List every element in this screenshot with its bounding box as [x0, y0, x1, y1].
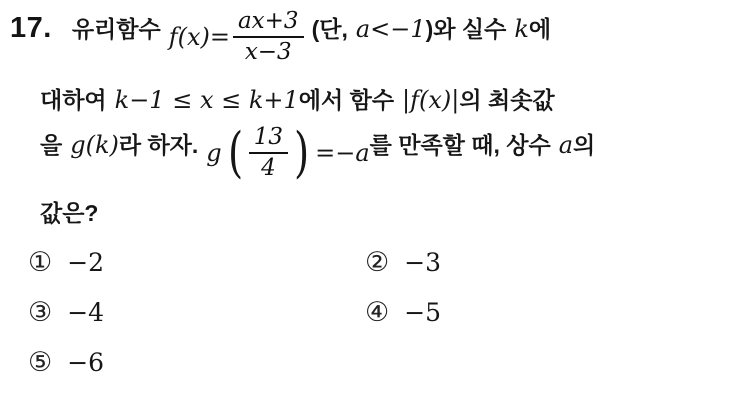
math-expression: k: [514, 15, 529, 43]
choice-4: ④ −5: [365, 299, 732, 326]
math-expression: f(x)=: [169, 23, 230, 51]
circled-number-icon: ②: [365, 249, 389, 276]
choice-value: −6: [67, 350, 104, 375]
korean-text: (단,: [312, 16, 348, 42]
statement-line-4: 값은?: [40, 195, 732, 228]
fraction: 134: [249, 124, 288, 182]
math-expression: |f(x)|: [402, 86, 459, 114]
empty-cell: [365, 349, 732, 376]
exam-problem-page: 17.유리함수 f(x)= ax+3x−3 (단,a<−1)와 실수k에 대하여…: [0, 0, 738, 399]
korean-text: 을: [40, 132, 62, 158]
korean-text: 를 만족할 때, 상수: [370, 132, 551, 158]
circled-number-icon: ③: [28, 299, 52, 326]
choice-value: −2: [67, 250, 104, 275]
choice-2: ② −3: [365, 249, 732, 276]
korean-text: 값은?: [40, 200, 99, 226]
math-expression: a<−1: [356, 15, 426, 43]
statement-line-1: 17.유리함수 f(x)= ax+3x−3 (단,a<−1)와 실수k에: [10, 8, 732, 66]
korean-text: 라 하자.: [119, 132, 198, 158]
math-expression: g: [206, 139, 221, 167]
math-expression: a: [559, 131, 573, 159]
close-paren: ): [294, 126, 309, 180]
korean-text: 대하여: [40, 87, 107, 113]
statement-line-3: 을g(k)라 하자. g( 134 )=−a 를 만족할 때, 상수a의: [40, 124, 732, 182]
fraction-denominator: x−3: [233, 38, 304, 66]
circled-number-icon: ⑤: [28, 349, 52, 376]
korean-text: 에서 함수: [299, 87, 394, 113]
korean-text: 의: [573, 132, 595, 158]
circled-number-icon: ④: [365, 299, 389, 326]
korean-text: 의 최솟값: [459, 87, 554, 113]
fraction-numerator: ax+3: [233, 8, 304, 38]
question-number: 17.: [10, 12, 52, 44]
g-of-thirteen-fourths: g( 134 )=−a: [206, 124, 369, 182]
choice-value: −3: [404, 250, 441, 275]
choice-3: ③ −4: [28, 299, 365, 326]
statement-line-2: 대하여k−1 ≤ x ≤ k+1에서 함수|f(x)|의 최솟값: [40, 82, 732, 115]
math-expression: g(k): [70, 131, 119, 159]
fraction: ax+3x−3: [233, 8, 304, 66]
korean-text: )와 실수: [426, 16, 507, 42]
fraction-denominator: 4: [249, 154, 288, 182]
choice-value: −4: [67, 300, 104, 325]
choice-value: −5: [404, 300, 441, 325]
korean-text: 유리함수: [72, 16, 161, 42]
fraction-numerator: 13: [249, 124, 288, 154]
choice-5: ⑤ −6: [28, 349, 365, 376]
math-expression: k−1 ≤ x ≤ k+1: [115, 86, 299, 114]
function-definition: f(x)= ax+3x−3: [169, 8, 304, 66]
circled-number-icon: ①: [28, 249, 52, 276]
open-paren: (: [228, 126, 243, 180]
math-expression: =−a: [315, 139, 370, 167]
choice-1: ① −2: [28, 249, 365, 276]
answer-choices: ① −2 ② −3 ③ −4 ④ −5 ⑤ −6: [28, 249, 732, 376]
korean-text: 에: [529, 16, 551, 42]
